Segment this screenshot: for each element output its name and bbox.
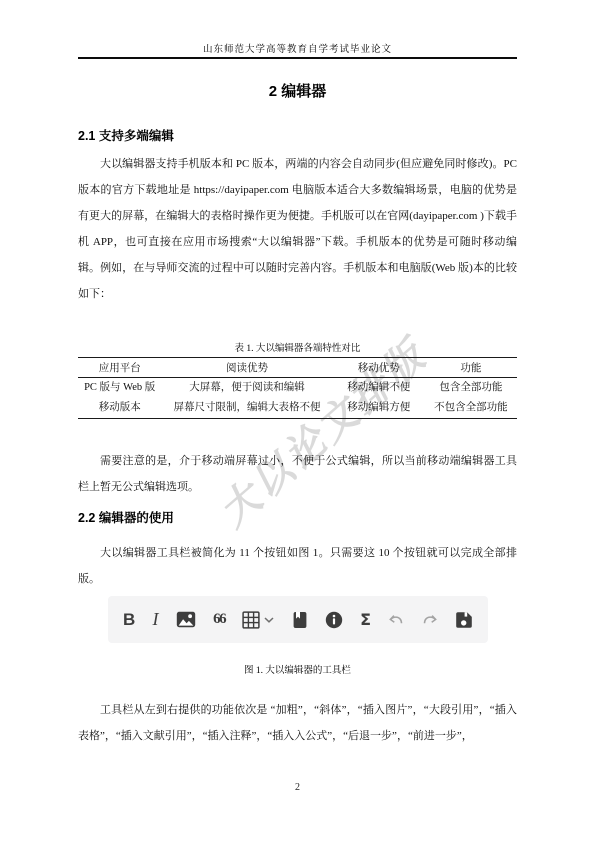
figure-caption: 图 1. 大以编辑器的工具栏 xyxy=(78,662,517,676)
col-header: 移动优势 xyxy=(333,358,425,378)
paragraph: 工具栏从左到右提供的功能依次是 “加粗”，“斜体”，“插入图片”，“大段引用”，… xyxy=(78,697,517,749)
section-heading-2-2: 2.2 编辑器的使用 xyxy=(78,508,174,526)
paragraph: 需要注意的是，介于移动端屏幕过小，不便于公式编辑，所以当前移动端编辑器工具栏上暂… xyxy=(78,448,517,500)
col-header: 应用平台 xyxy=(78,358,161,378)
header-rule xyxy=(78,57,517,59)
editor-toolbar-figure: B I 66 xyxy=(108,596,488,643)
paragraph: 大以编辑器支持手机版本和 PC 版本，两端的内容会自动同步(但应避免同时修改)。… xyxy=(78,151,517,307)
comparison-table: 应用平台 阅读优势 移动优势 功能 PC 版与 Web 版 大屏幕，便于阅读和编… xyxy=(78,357,517,419)
insert-image-icon xyxy=(176,611,196,628)
table-cell: 移动编辑方便 xyxy=(333,398,425,419)
insert-citation-icon xyxy=(292,611,308,629)
undo-icon xyxy=(388,613,404,626)
table-cell: PC 版与 Web 版 xyxy=(78,378,161,399)
col-header: 阅读优势 xyxy=(161,358,332,378)
table-cell: 屏幕尺寸限制，编辑大表格不便 xyxy=(161,398,332,419)
page-number: 2 xyxy=(0,782,595,793)
document-page: 大以论文排版 山东师范大学高等教育自学考试毕业论文 2 编辑器 2.1 支持多端… xyxy=(0,0,595,842)
chapter-title: 2 编辑器 xyxy=(0,80,595,101)
table-row: 移动版本 屏幕尺寸限制，编辑大表格不便 移动编辑方便 不包含全部功能 xyxy=(78,398,517,419)
table-cell: 包含全部功能 xyxy=(425,378,517,399)
table-icon xyxy=(242,611,260,629)
col-header: 功能 xyxy=(425,358,517,378)
section-heading-2-1: 2.1 支持多端编辑 xyxy=(78,126,174,144)
bold-icon: B xyxy=(123,610,135,630)
table-cell: 移动编辑不便 xyxy=(333,378,425,399)
save-icon xyxy=(455,611,473,629)
paragraph: 大以编辑器工具栏被简化为 11 个按钮如图 1。只需要这 10 个按钮就可以完成… xyxy=(78,540,517,592)
table-cell: 大屏幕，便于阅读和编辑 xyxy=(161,378,332,399)
table-cell: 移动版本 xyxy=(78,398,161,419)
chevron-down-icon xyxy=(264,617,274,623)
table-caption: 表 1. 大以编辑器各端特性对比 xyxy=(78,340,517,354)
italic-icon: I xyxy=(153,609,159,630)
redo-icon xyxy=(422,613,438,626)
running-header: 山东师范大学高等教育自学考试毕业论文 xyxy=(78,41,517,55)
table-cell: 不包含全部功能 xyxy=(425,398,517,419)
insert-table-group xyxy=(242,611,274,629)
insert-formula-icon: Σ xyxy=(360,610,371,629)
insert-note-icon xyxy=(325,611,343,629)
table-row: PC 版与 Web 版 大屏幕，便于阅读和编辑 移动编辑不便 包含全部功能 xyxy=(78,378,517,399)
blockquote-icon: 66 xyxy=(213,611,225,628)
table-header-row: 应用平台 阅读优势 移动优势 功能 xyxy=(78,358,517,378)
page-content: 山东师范大学高等教育自学考试毕业论文 2 编辑器 2.1 支持多端编辑 大以编辑… xyxy=(0,0,595,842)
